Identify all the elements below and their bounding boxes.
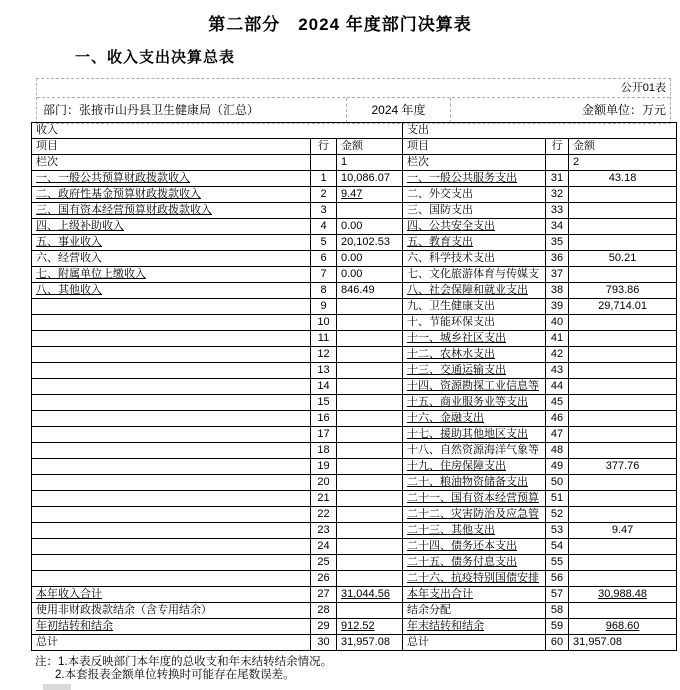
- income-amount: [337, 443, 403, 459]
- table-row: 22二十二、灾害防治及应急管52: [32, 507, 677, 523]
- income-amount: 0.00: [337, 219, 403, 235]
- table-row: 19十九、住房保障支出49377.76: [32, 459, 677, 475]
- income-item: [32, 443, 311, 459]
- table-row: 二、政府性基金预算财政拨款收入29.47二、外交支出32: [32, 187, 677, 203]
- expense-amount: [569, 379, 677, 395]
- table-row: 一、一般公共预算财政拨款收入110,086.07一、一般公共服务支出3143.1…: [32, 171, 677, 187]
- income-amount: 912.52: [337, 619, 403, 635]
- income-amount: [337, 395, 403, 411]
- expense-amount: [569, 507, 677, 523]
- table-row: 年初结转和结余29912.52年末结转和结余59968.60: [32, 619, 677, 635]
- income-amount: [337, 203, 403, 219]
- table-row: 17十七、援助其他地区支出47: [32, 427, 677, 443]
- expense-line-no: 36: [546, 251, 569, 267]
- expense-item: 本年支出合计: [403, 587, 546, 603]
- income-amount: [337, 539, 403, 555]
- expense-item: 十二、农林水支出: [403, 347, 546, 363]
- expense-line-no: 50: [546, 475, 569, 491]
- table-row: 13十三、交通运输支出43: [32, 363, 677, 379]
- income-amount: 9.47: [337, 187, 403, 203]
- department-label: 部门：张掖市山丹县卫生健康局（汇总）: [37, 98, 347, 123]
- expense-item: 十七、援助其他地区支出: [403, 427, 546, 443]
- expense-amount: 9.47: [569, 523, 677, 539]
- income-amount: 31,957.08: [337, 635, 403, 651]
- expense-line-no: 33: [546, 203, 569, 219]
- expense-item: 九、卫生健康支出: [403, 299, 546, 315]
- expense-section-header: 支出: [403, 123, 677, 139]
- expense-line-no: 60: [546, 635, 569, 651]
- expense-line-no: 41: [546, 331, 569, 347]
- expense-item: 八、社会保障和就业支出: [403, 283, 546, 299]
- income-line-no: 28: [311, 603, 337, 619]
- income-item: [32, 331, 311, 347]
- income-line-column-header: 行: [311, 139, 337, 155]
- income-amount: 31,044.56: [337, 587, 403, 603]
- expense-line-no: 45: [546, 395, 569, 411]
- income-line-no: 19: [311, 459, 337, 475]
- income-amount: [337, 523, 403, 539]
- expense-amount: [569, 187, 677, 203]
- expense-item: 二十、粮油物资储备支出: [403, 475, 546, 491]
- income-item: [32, 347, 311, 363]
- expense-line-no: 53: [546, 523, 569, 539]
- income-item: [32, 571, 311, 587]
- table-row: 15十五、商业服务业等支出45: [32, 395, 677, 411]
- expense-line-no: 38: [546, 283, 569, 299]
- income-amount: [337, 299, 403, 315]
- page: 第二部分 2024 年度部门决算表 一、收入支出决算总表 公开01表 部门：张掖…: [0, 0, 680, 690]
- income-line-no: 22: [311, 507, 337, 523]
- income-line-no: 27: [311, 587, 337, 603]
- table-row: 16十六、金融支出46: [32, 411, 677, 427]
- table-row: 14十四、资源勘探工业信息等44: [32, 379, 677, 395]
- income-amount-column-header: 金额: [337, 139, 403, 155]
- income-lanci-line-cell: [311, 155, 337, 171]
- expense-line-no: 35: [546, 235, 569, 251]
- page-break-artifact: [43, 684, 71, 690]
- income-item: [32, 411, 311, 427]
- table-meta-box: 公开01表 部门：张掖市山丹县卫生健康局（汇总） 2024 年度 金额单位：万元: [36, 78, 671, 124]
- income-item: [32, 395, 311, 411]
- income-item: [32, 523, 311, 539]
- income-item: [32, 379, 311, 395]
- expense-item: 二十一、国有资本经营预算: [403, 491, 546, 507]
- income-item: [32, 427, 311, 443]
- expense-amount: [569, 491, 677, 507]
- income-column-number: 1: [337, 155, 403, 171]
- income-amount: [337, 459, 403, 475]
- expense-amount: [569, 603, 677, 619]
- table-row: 25二十五、债务付息支出55: [32, 555, 677, 571]
- expense-item: 结余分配: [403, 603, 546, 619]
- income-line-no: 18: [311, 443, 337, 459]
- expense-line-no: 32: [546, 187, 569, 203]
- lanci-row: 栏次 1 栏次 2: [32, 155, 677, 171]
- expense-amount: [569, 555, 677, 571]
- income-line-no: 16: [311, 411, 337, 427]
- income-item: [32, 555, 311, 571]
- income-item: 八、其他收入: [32, 283, 311, 299]
- income-line-no: 2: [311, 187, 337, 203]
- income-amount: [337, 427, 403, 443]
- expense-amount: [569, 235, 677, 251]
- expense-line-no: 57: [546, 587, 569, 603]
- income-amount: [337, 411, 403, 427]
- income-item: 二、政府性基金预算财政拨款收入: [32, 187, 311, 203]
- expense-item: 十三、交通运输支出: [403, 363, 546, 379]
- table-row: 六、经营收入60.00六、科学技术支出3650.21: [32, 251, 677, 267]
- income-line-no: 26: [311, 571, 337, 587]
- expense-line-no: 39: [546, 299, 569, 315]
- income-expense-summary-table: 收入 支出 项目 行 金额 项目 行 金额 栏次 1 栏次 2 一、一般公共预算…: [31, 122, 677, 651]
- income-line-no: 8: [311, 283, 337, 299]
- income-item: [32, 539, 311, 555]
- expense-line-no: 47: [546, 427, 569, 443]
- expense-item: 二、外交支出: [403, 187, 546, 203]
- expense-amount: [569, 347, 677, 363]
- expense-item: 六、科学技术支出: [403, 251, 546, 267]
- year-label: 2024 年度: [347, 98, 451, 123]
- income-amount: [337, 475, 403, 491]
- expense-amount: 29,714.01: [569, 299, 677, 315]
- expense-item: 一、一般公共服务支出: [403, 171, 546, 187]
- expense-line-no: 44: [546, 379, 569, 395]
- table-row: 三、国有资本经营预算财政拨款收入3三、国防支出33: [32, 203, 677, 219]
- expense-amount-column-header: 金额: [569, 139, 677, 155]
- income-line-no: 24: [311, 539, 337, 555]
- expense-item: 四、公共安全支出: [403, 219, 546, 235]
- income-line-no: 17: [311, 427, 337, 443]
- income-amount: [337, 571, 403, 587]
- section-title: 一、收入支出决算总表: [75, 46, 235, 67]
- expense-line-no: 42: [546, 347, 569, 363]
- expense-line-no: 58: [546, 603, 569, 619]
- page-title: 第二部分 2024 年度部门决算表: [0, 10, 680, 35]
- expense-item: 十六、金融支出: [403, 411, 546, 427]
- income-line-no: 4: [311, 219, 337, 235]
- expense-amount: [569, 571, 677, 587]
- income-amount: 20,102.53: [337, 235, 403, 251]
- income-item: [32, 363, 311, 379]
- income-amount: [337, 379, 403, 395]
- expense-line-no: 48: [546, 443, 569, 459]
- table-code-label: 公开01表: [621, 82, 666, 94]
- expense-lanci-line-cell: [546, 155, 569, 171]
- expense-amount: [569, 219, 677, 235]
- expense-item: 十、节能环保支出: [403, 315, 546, 331]
- income-line-no: 12: [311, 347, 337, 363]
- table-row: 26二十六、抗疫特别国债安排56: [32, 571, 677, 587]
- income-amount: [337, 363, 403, 379]
- income-item: [32, 475, 311, 491]
- income-item: 四、上级补助收入: [32, 219, 311, 235]
- expense-amount: [569, 539, 677, 555]
- expense-amount: [569, 267, 677, 283]
- income-line-no: 15: [311, 395, 337, 411]
- table-row: 9九、卫生健康支出3929,714.01: [32, 299, 677, 315]
- income-amount: [337, 491, 403, 507]
- footnotes: 注：1.本表反映部门本年度的总收支和年末结转结余情况。 2.本套报表金额单位转换…: [35, 656, 332, 682]
- income-item: 七、附属单位上缴收入: [32, 267, 311, 283]
- expense-amount: [569, 427, 677, 443]
- income-item: 六、经营收入: [32, 251, 311, 267]
- income-item: [32, 299, 311, 315]
- expense-line-no: 59: [546, 619, 569, 635]
- income-item: [32, 459, 311, 475]
- income-item: 总计: [32, 635, 311, 651]
- expense-line-no: 40: [546, 315, 569, 331]
- expense-item: 二十二、灾害防治及应急管: [403, 507, 546, 523]
- table-row: 24二十四、债务还本支出54: [32, 539, 677, 555]
- expense-column-number: 2: [569, 155, 677, 171]
- expense-line-no: 46: [546, 411, 569, 427]
- income-line-no: 30: [311, 635, 337, 651]
- income-line-no: 25: [311, 555, 337, 571]
- expense-amount: 30,988.48: [569, 587, 677, 603]
- expense-amount: 968.60: [569, 619, 677, 635]
- unit-label: 金额单位：万元: [451, 98, 670, 123]
- table-row: 11十一、城乡社区支出41: [32, 331, 677, 347]
- expense-item: 年末结转和结余: [403, 619, 546, 635]
- expense-item: 二十五、债务付息支出: [403, 555, 546, 571]
- expense-amount: [569, 203, 677, 219]
- footnote-line-2: 2.本套报表金额单位转换时可能存在尾数误差。: [35, 669, 332, 682]
- income-item: [32, 491, 311, 507]
- income-amount: [337, 331, 403, 347]
- income-item: 使用非财政拨款结余（含专用结余）: [32, 603, 311, 619]
- table-body: 收入 支出 项目 行 金额 项目 行 金额 栏次 1 栏次 2 一、一般公共预算…: [32, 123, 677, 651]
- income-item: 三、国有资本经营预算财政拨款收入: [32, 203, 311, 219]
- expense-amount: [569, 363, 677, 379]
- expense-amount: 377.76: [569, 459, 677, 475]
- income-line-no: 1: [311, 171, 337, 187]
- table-row: 10十、节能环保支出40: [32, 315, 677, 331]
- income-item: 一、一般公共预算财政拨款收入: [32, 171, 311, 187]
- table-row: 12十二、农林水支出42: [32, 347, 677, 363]
- income-amount: [337, 315, 403, 331]
- expense-line-no: 56: [546, 571, 569, 587]
- income-amount: [337, 603, 403, 619]
- expense-amount: [569, 475, 677, 491]
- expense-item: 五、教育支出: [403, 235, 546, 251]
- expense-line-no: 31: [546, 171, 569, 187]
- expense-amount: [569, 411, 677, 427]
- expense-amount: [569, 443, 677, 459]
- expense-amount: 50.21: [569, 251, 677, 267]
- expense-amount: [569, 315, 677, 331]
- expense-item: 十五、商业服务业等支出: [403, 395, 546, 411]
- expense-item: 二十四、债务还本支出: [403, 539, 546, 555]
- expense-line-no: 43: [546, 363, 569, 379]
- income-lanci-label: 栏次: [32, 155, 311, 171]
- expense-lanci-label: 栏次: [403, 155, 546, 171]
- table-row: 使用非财政拨款结余（含专用结余）28结余分配58: [32, 603, 677, 619]
- income-line-no: 11: [311, 331, 337, 347]
- table-row: 21二十一、国有资本经营预算51: [32, 491, 677, 507]
- income-line-no: 21: [311, 491, 337, 507]
- expense-amount: 793.86: [569, 283, 677, 299]
- expense-item: 十八、自然资源海洋气象等: [403, 443, 546, 459]
- expense-amount: 31,957.08: [569, 635, 677, 651]
- expense-amount: [569, 395, 677, 411]
- income-item: 年初结转和结余: [32, 619, 311, 635]
- income-line-no: 3: [311, 203, 337, 219]
- income-line-no: 13: [311, 363, 337, 379]
- expense-amount: [569, 331, 677, 347]
- income-item: 五、事业收入: [32, 235, 311, 251]
- expense-item: 七、文化旅游体育与传媒支: [403, 267, 546, 283]
- expense-item-column-header: 项目: [403, 139, 546, 155]
- income-item-column-header: 项目: [32, 139, 311, 155]
- income-amount: 0.00: [337, 267, 403, 283]
- expense-amount: 43.18: [569, 171, 677, 187]
- table-row: 20二十、粮油物资储备支出50: [32, 475, 677, 491]
- table-row: 18十八、自然资源海洋气象等48: [32, 443, 677, 459]
- income-line-no: 7: [311, 267, 337, 283]
- expense-item: 二十三、其他支出: [403, 523, 546, 539]
- income-line-no: 5: [311, 235, 337, 251]
- expense-item: 二十六、抗疫特别国债安排: [403, 571, 546, 587]
- expense-item: 十四、资源勘探工业信息等: [403, 379, 546, 395]
- table-row: 七、附属单位上缴收入70.00七、文化旅游体育与传媒支37: [32, 267, 677, 283]
- expense-line-no: 55: [546, 555, 569, 571]
- expense-line-no: 54: [546, 539, 569, 555]
- table-row: 四、上级补助收入40.00四、公共安全支出34: [32, 219, 677, 235]
- income-amount: [337, 507, 403, 523]
- table-row: 五、事业收入520,102.53五、教育支出35: [32, 235, 677, 251]
- income-line-no: 20: [311, 475, 337, 491]
- income-line-no: 6: [311, 251, 337, 267]
- income-item: 本年收入合计: [32, 587, 311, 603]
- table-row: 八、其他收入8846.49八、社会保障和就业支出38793.86: [32, 283, 677, 299]
- expense-item: 总计: [403, 635, 546, 651]
- section-header-row: 收入 支出: [32, 123, 677, 139]
- expense-line-no: 51: [546, 491, 569, 507]
- income-amount: 0.00: [337, 251, 403, 267]
- expense-item: 十一、城乡社区支出: [403, 331, 546, 347]
- income-amount: 10,086.07: [337, 171, 403, 187]
- expense-line-no: 52: [546, 507, 569, 523]
- income-line-no: 29: [311, 619, 337, 635]
- expense-line-no: 37: [546, 267, 569, 283]
- income-item: [32, 507, 311, 523]
- income-line-no: 10: [311, 315, 337, 331]
- income-section-header: 收入: [32, 123, 403, 139]
- expense-line-no: 49: [546, 459, 569, 475]
- table-row: 总计3031,957.08总计6031,957.08: [32, 635, 677, 651]
- table-row: 23二十三、其他支出539.47: [32, 523, 677, 539]
- footnote-line-1: 注：1.本表反映部门本年度的总收支和年末结转结余情况。: [35, 656, 332, 669]
- income-line-no: 9: [311, 299, 337, 315]
- expense-line-column-header: 行: [546, 139, 569, 155]
- column-header-row: 项目 行 金额 项目 行 金额: [32, 139, 677, 155]
- expense-item: 三、国防支出: [403, 203, 546, 219]
- income-amount: [337, 555, 403, 571]
- expense-line-no: 34: [546, 219, 569, 235]
- income-line-no: 14: [311, 379, 337, 395]
- table-row: 本年收入合计2731,044.56本年支出合计5730,988.48: [32, 587, 677, 603]
- income-amount: 846.49: [337, 283, 403, 299]
- expense-item: 十九、住房保障支出: [403, 459, 546, 475]
- income-line-no: 23: [311, 523, 337, 539]
- income-amount: [337, 347, 403, 363]
- income-item: [32, 315, 311, 331]
